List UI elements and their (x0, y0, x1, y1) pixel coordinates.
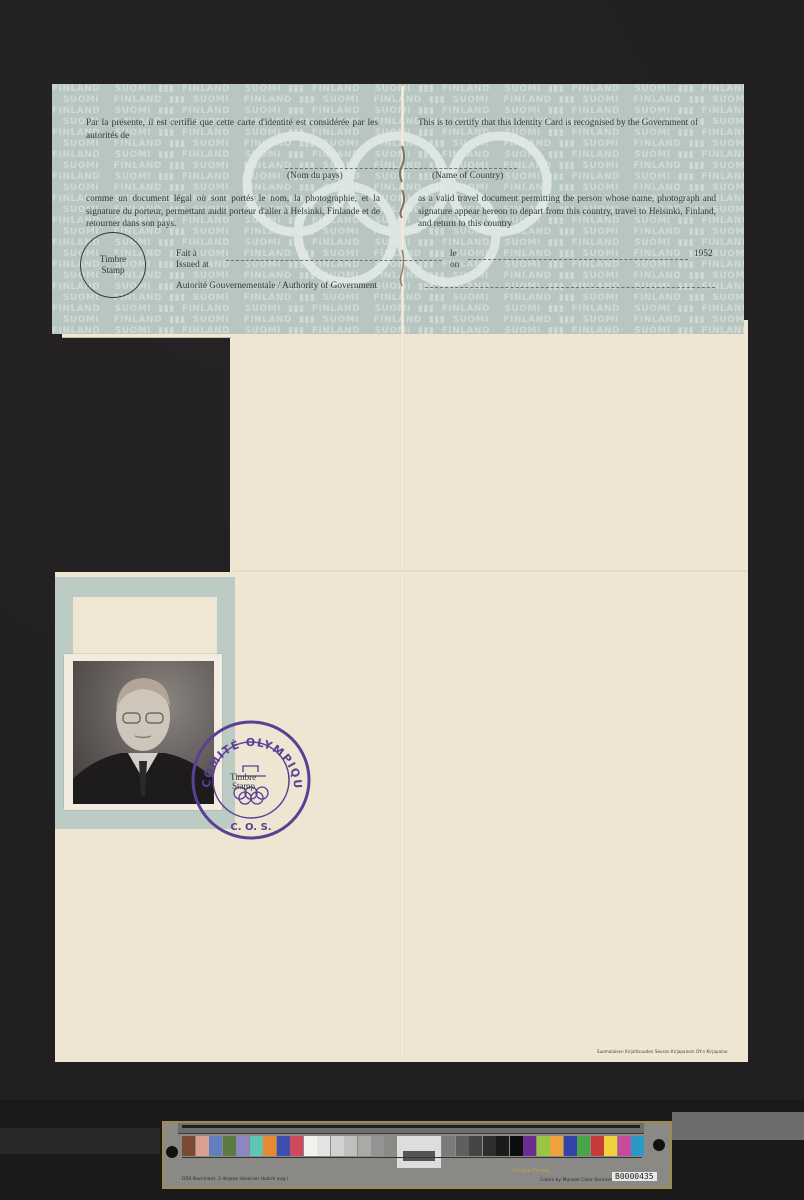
target-credit: Colors by Munsell Color Services Lab (540, 1178, 623, 1183)
stamp-inner-text: Stamp (232, 781, 256, 791)
color-swatch (618, 1136, 631, 1156)
photo-slot-blank (73, 597, 217, 654)
color-swatch (304, 1136, 317, 1156)
color-swatch (604, 1136, 617, 1156)
color-swatch (358, 1136, 371, 1156)
stamp-label-fr: Timbre (100, 254, 126, 265)
authority-label: Autorité Gouvernementale / Authority of … (176, 281, 377, 291)
color-swatch (577, 1136, 590, 1156)
color-swatch (591, 1136, 604, 1156)
target-registration-dot (653, 1139, 665, 1151)
color-swatch (344, 1136, 357, 1156)
stamp-placeholder-circle: Timbre Stamp (80, 232, 146, 298)
color-swatch (469, 1136, 482, 1156)
comite-olympique-suisse-stamp: COMITÉ OLYMPIQUE SUISSE C. O. S. Timbre … (188, 716, 314, 844)
color-swatch (564, 1136, 577, 1156)
color-swatch (631, 1136, 644, 1156)
color-swatch (537, 1136, 550, 1156)
target-brand: Golden Thread (513, 1168, 549, 1174)
target-id-label: B0000435 (612, 1172, 657, 1181)
issued-at-label-fr: Fait à (176, 249, 197, 259)
year-text: 1952 (694, 249, 713, 259)
english-body-text: as a valid travel document permitting th… (418, 193, 716, 231)
target-registration-dot (166, 1146, 178, 1158)
country-label-fr: (Nom du pays) (287, 171, 343, 181)
color-swatch (290, 1136, 303, 1156)
french-body-text: comme un document légal où sont portés l… (86, 193, 380, 231)
color-swatch (277, 1136, 290, 1156)
color-swatch (223, 1136, 236, 1156)
target-value-table (182, 1157, 642, 1176)
country-label-en: (Name of Country) (432, 171, 503, 181)
color-swatch (196, 1136, 209, 1156)
document-sheet-right (230, 320, 748, 1062)
english-intro-text: This is to certify that this Identity Ca… (418, 117, 716, 130)
backdrop-band-right (672, 1112, 804, 1140)
color-swatch (263, 1136, 276, 1156)
issued-at-label-en: Issued at (176, 260, 209, 270)
color-swatch (317, 1136, 330, 1156)
color-swatch (371, 1136, 384, 1156)
stamp-bottom-text: C. O. S. (230, 822, 271, 833)
date-fill-line (468, 259, 688, 260)
printer-imprint: Suomalaisen Kirjallisuuden Seuran Kirjap… (597, 1049, 728, 1054)
color-swatch (456, 1136, 469, 1156)
target-caption: D50 Illuminant, 2 degree observer (batch… (182, 1177, 288, 1182)
color-swatch (331, 1136, 344, 1156)
authority-fill-line (425, 287, 715, 288)
stamp-label-en: Stamp (101, 265, 124, 276)
color-swatch (182, 1136, 195, 1156)
color-swatch (523, 1136, 536, 1156)
color-swatch (483, 1136, 496, 1156)
color-swatch (496, 1136, 509, 1156)
target-ruler-bar (182, 1125, 640, 1128)
color-swatch (250, 1136, 263, 1156)
color-swatch (236, 1136, 249, 1156)
color-swatch (209, 1136, 222, 1156)
date-label-en: on (450, 260, 459, 270)
color-swatch (442, 1136, 455, 1156)
french-intro-text: Par la présente, il est certifié que cet… (86, 117, 378, 142)
date-label-fr: le (450, 249, 457, 259)
color-swatch (510, 1136, 523, 1156)
horizontal-fold (233, 570, 748, 572)
staple-marks (394, 140, 410, 300)
backdrop-band-left (0, 1128, 160, 1154)
color-swatch (550, 1136, 563, 1156)
